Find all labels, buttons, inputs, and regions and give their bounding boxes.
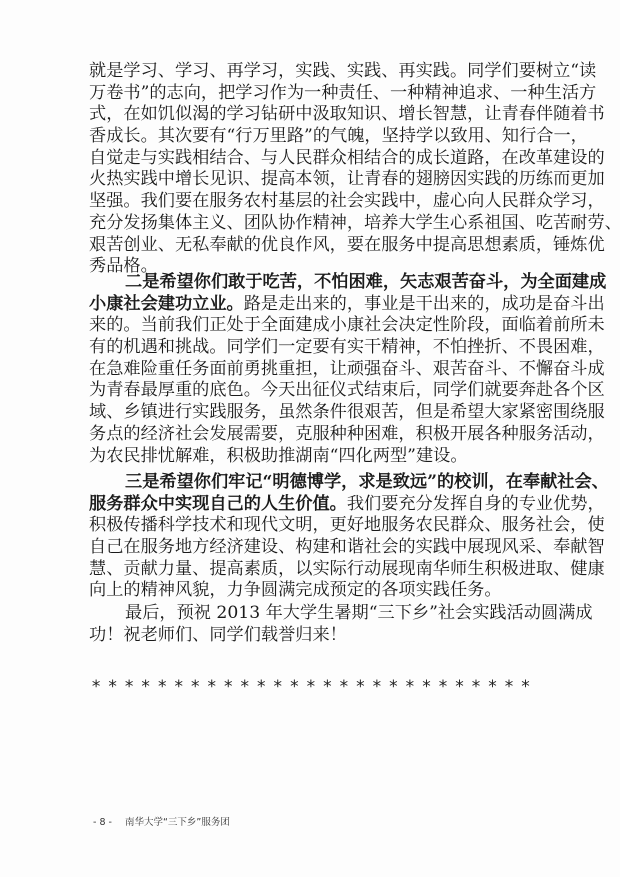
asterisk: * bbox=[421, 677, 431, 697]
asterisk: * bbox=[355, 677, 365, 697]
text-line: 积极传播科学技术和现代文明，更好地服务农民群众、服务社会，使 bbox=[89, 515, 531, 537]
asterisk: * bbox=[223, 677, 233, 697]
page-number: - 8 - bbox=[93, 817, 112, 828]
text-span: 路是走出来的，事业是干出来的，成功是奋斗出 bbox=[244, 294, 605, 314]
asterisk: * bbox=[405, 677, 415, 697]
asterisk: * bbox=[471, 677, 481, 697]
text-line: 火热实践中增长见识、提高本领，让青春的翅膀因实践的历练而更加 bbox=[89, 169, 531, 191]
bold-lead-line: 三是希望你们牢记“明德博学，求是致远”的校训，在奉献社会、 bbox=[89, 472, 531, 494]
asterisk: * bbox=[372, 677, 382, 697]
asterisk: * bbox=[487, 677, 497, 697]
asterisk: * bbox=[306, 677, 316, 697]
paragraph-4: 最后，预祝 2013 年大学生暑期“三下乡”社会实践活动圆满成 功！祝老师们、同… bbox=[89, 603, 531, 646]
text-line: 坚强。我们要在服务农村基层的社会实践中，虚心向人民群众学习， bbox=[89, 191, 531, 213]
document-page: 就是学习、学习、再学习，实践、实践、再实践。同学们要树立“读 万卷书”的志向，把… bbox=[0, 0, 620, 877]
text-line: 艰苦创业、无私奉献的优良作风，要在服务中提高思想素质，锤炼优 bbox=[89, 235, 531, 257]
text-line: 有的机遇和挑战。同学们一定要有实干精神，不怕挫折、不畏困难， bbox=[89, 337, 531, 359]
text-line: 自己在服务地方经济建设、构建和谐社会的实践中展现风采、奉献智 bbox=[89, 537, 531, 559]
asterisk: * bbox=[256, 677, 266, 697]
asterisk: * bbox=[504, 677, 514, 697]
text-line: 香成长。其次要有“行万里路”的气魄，坚持学以致用、知行合一， bbox=[89, 126, 531, 148]
asterisk: * bbox=[520, 677, 530, 697]
asterisk: * bbox=[388, 677, 398, 697]
asterisk: * bbox=[240, 677, 250, 697]
text-line: 万卷书”的志向，把学习作为一种责任、一种精神追求、一种生活方 bbox=[89, 83, 531, 105]
text-line: 为青春最厚重的底色。今天出征仪式结束后，同学们就要奔赴各个区 bbox=[89, 380, 531, 402]
asterisk: * bbox=[454, 677, 464, 697]
text-line: 式，在如饥似渴的学习钻研中汲取知识、增长智慧，让青春伴随着书 bbox=[89, 104, 531, 126]
paragraph-1: 就是学习、学习、再学习，实践、实践、再实践。同学们要树立“读 万卷书”的志向，把… bbox=[89, 61, 531, 278]
text-line: 务点的经济社会发展需要，克服种种困难，积极开展各种服务活动， bbox=[89, 424, 531, 446]
asterisk: * bbox=[339, 677, 349, 697]
text-line: 最后，预祝 2013 年大学生暑期“三下乡”社会实践活动圆满成 bbox=[89, 603, 531, 625]
footer-organization: 南华大学“三下乡”服务团 bbox=[125, 817, 230, 828]
asterisk: * bbox=[273, 677, 283, 697]
asterisk: * bbox=[289, 677, 299, 697]
asterisk: * bbox=[207, 677, 217, 697]
bold-lead-line: 二是希望你们敢于吃苦，不怕困难，矢志艰苦奋斗，为全面建成 bbox=[89, 272, 531, 294]
text-line: 域、乡镇进行实践服务，虽然条件很艰苦，但是希望大家紧密围绕服 bbox=[89, 402, 531, 424]
text-line: 小康社会建功立业。路是走出来的，事业是干出来的，成功是奋斗出 bbox=[89, 294, 531, 316]
asterisk: * bbox=[190, 677, 200, 697]
text-line: 在急难险重任务面前勇挑重担，让顽强奋斗、艰苦奋斗、不懈奋斗成 bbox=[89, 359, 531, 381]
bold-lead-text: 服务群众中实现自己的人生价值。 bbox=[89, 494, 347, 514]
asterisk: * bbox=[124, 677, 134, 697]
text-line: 向上的精神风貌，力争圆满完成预定的各项实践任务。 bbox=[89, 580, 531, 602]
asterisk: * bbox=[322, 677, 332, 697]
page-footer: - 8 - 南华大学“三下乡”服务团 bbox=[93, 814, 230, 828]
paragraph-3: 三是希望你们牢记“明德博学，求是致远”的校训，在奉献社会、 服务群众中实现自己的… bbox=[89, 472, 531, 602]
text-line: 服务群众中实现自己的人生价值。我们要充分发挥自身的专业优势， bbox=[89, 494, 531, 516]
asterisk: * bbox=[157, 677, 167, 697]
text-line: 来的。当前我们正处于全面建成小康社会决定性阶段，面临着前所未 bbox=[89, 315, 531, 337]
asterisk: * bbox=[141, 677, 151, 697]
text-span: 我们要充分发挥自身的专业优势， bbox=[347, 494, 605, 514]
bold-lead-text: 小康社会建功立业。 bbox=[89, 294, 244, 314]
text-line: 为农民排忧解难，积极助推湖南“四化两型”建设。 bbox=[89, 446, 531, 468]
paragraph-2: 二是希望你们敢于吃苦，不怕困难，矢志艰苦奋斗，为全面建成 小康社会建功立业。路是… bbox=[89, 272, 531, 467]
text-line: 自觉走与实践相结合、与人民群众相结合的成长道路，在改革建设的 bbox=[89, 148, 531, 170]
text-line: 功！祝老师们、同学们载誉归来！ bbox=[89, 625, 531, 647]
asterisk-separator: * * * * * * * * * * * * * * * * * * * * … bbox=[91, 677, 531, 697]
asterisk: * bbox=[91, 677, 101, 697]
asterisk: * bbox=[174, 677, 184, 697]
text-line: 就是学习、学习、再学习，实践、实践、再实践。同学们要树立“读 bbox=[89, 61, 531, 83]
asterisk: * bbox=[438, 677, 448, 697]
text-line: 充分发扬集体主义、团队协作精神，培养大学生心系祖国、吃苦耐劳、 bbox=[89, 213, 531, 235]
text-line: 慧、贡献力量、提高素质，以实际行动展现南华师生积极进取、健康 bbox=[89, 559, 531, 581]
asterisk: * bbox=[108, 677, 118, 697]
